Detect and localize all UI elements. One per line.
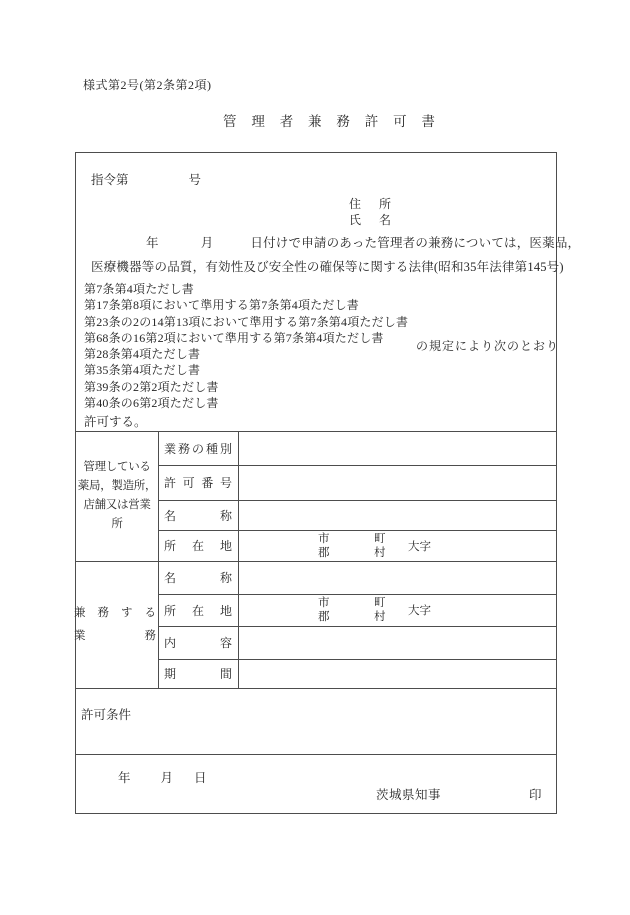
signature-cell: 年月日 茨城県知事 印: [76, 754, 556, 814]
concurrent-location-field: 市 郡 町 村 大字: [238, 594, 557, 626]
address-label: 住所: [349, 197, 391, 212]
town-label: 町: [374, 532, 386, 546]
row-label-concurrent-name: 名称: [158, 561, 238, 594]
row-label-managed-location: 所在地: [158, 530, 238, 561]
row-label-concurrent-location: 所在地: [158, 594, 238, 626]
concurrent-name-field: [238, 561, 557, 594]
managed-group-label: 管理している 薬局，製造所， 店舗又は営業 所: [76, 431, 158, 561]
period-field: [238, 659, 557, 688]
city-label: 市: [318, 596, 330, 610]
provision-item: 第17条第8項において準用する第7条第4項ただし書: [84, 297, 408, 313]
provision-item: 第40条の6第2項ただし書: [84, 395, 408, 411]
permit-number-field: [238, 465, 557, 500]
town-label: 町: [374, 596, 386, 610]
row-label-text: 内容: [164, 634, 232, 651]
row-label-business-type: 業務の種別: [158, 431, 238, 465]
date-year-label: 年: [146, 236, 159, 250]
provision-item: 第23条の2の14第13項において準用する第7条第4項ただし書: [84, 314, 408, 330]
row-label-content: 内容: [158, 626, 238, 659]
concurrent-group-label-line: 業務: [74, 627, 156, 646]
row-label-text: 名称: [164, 569, 232, 586]
intro-text-1: 日付けで申請のあった管理者の兼務については，医薬品，: [250, 236, 580, 250]
conditions-label: 許可条件: [81, 705, 131, 723]
provision-suffix: の規定により次のとおり: [416, 337, 559, 354]
addressee-block: 住所 氏名: [349, 197, 391, 229]
city-label: 市: [318, 532, 330, 546]
permit-statement: 許可する。: [84, 412, 147, 430]
row-label-text: 所在地: [164, 602, 232, 619]
managed-name-field: [238, 500, 557, 530]
managed-location-field: 市 郡 町 村 大字: [238, 530, 557, 561]
managed-group-label-line: 薬局，製造所，: [78, 477, 156, 496]
provision-item: 第7条第4項ただし書: [84, 281, 408, 297]
intro-line-2: 医療機器等の品質，有効性及び安全性の確保等に関する法律(昭和35年法律第145号…: [91, 257, 564, 275]
city-county-marker: 市 郡: [318, 596, 330, 624]
signature-date-line: 年月日: [118, 768, 207, 786]
row-label-text: 期間: [164, 665, 232, 682]
town-village-marker: 町 村: [374, 532, 386, 560]
row-label-managed-name: 名称: [158, 500, 238, 530]
village-label: 村: [374, 610, 386, 624]
date-month-label: 月: [201, 236, 214, 250]
row-label-permit-number: 許可番号: [158, 465, 238, 500]
concurrent-group-label-line: 兼務する: [74, 604, 156, 623]
permit-frame: 指令第号 住所 氏名 年月日付けで申請のあった管理者の兼務については，医薬品， …: [75, 152, 557, 814]
directive-prefix: 指令第: [91, 173, 129, 187]
row-label-text: 業務の種別: [164, 440, 232, 457]
row-label-text: 許可番号: [164, 474, 232, 491]
managed-group-label-line: 店舗又は営業: [83, 496, 150, 515]
managed-group-label-line: 所: [111, 515, 122, 534]
document-title-text: 管理者兼務許可書: [223, 110, 435, 130]
concurrent-group-label: 兼務する 業務: [76, 561, 158, 688]
sig-year-label: 年: [118, 771, 131, 785]
document-title: 管理者兼務許可書: [223, 110, 435, 130]
document-page: 様式第2号(第2条第2項) 管理者兼務許可書 指令第号 住所 氏名 年月日付けで…: [0, 0, 630, 915]
sig-day-label: 日: [194, 771, 207, 785]
row-label-text: 名称: [164, 507, 232, 524]
seal-mark: 印: [529, 785, 542, 803]
provisions-list: 第7条第4項ただし書 第17条第8項において準用する第7条第4項ただし書 第23…: [84, 281, 408, 411]
provision-item: 第39条の2第2項ただし書: [84, 379, 408, 395]
sig-month-label: 月: [161, 771, 174, 785]
name-label: 氏名: [349, 213, 391, 228]
oaza-label: 大字: [408, 538, 431, 554]
directive-suffix: 号: [189, 173, 202, 187]
location-markers: 市 郡 町 村 大字: [238, 594, 557, 626]
managed-group-label-line: 管理している: [83, 458, 150, 477]
city-county-marker: 市 郡: [318, 532, 330, 560]
town-village-marker: 町 村: [374, 596, 386, 624]
row-label-text: 所在地: [164, 537, 232, 554]
provision-item: 第28条第4項ただし書: [84, 346, 408, 362]
conditions-cell: 許可条件: [76, 688, 556, 754]
county-label: 郡: [318, 546, 330, 560]
content-field: [238, 626, 557, 659]
location-markers: 市 郡 町 村 大字: [238, 530, 557, 561]
directive-number-line: 指令第号: [91, 170, 201, 188]
business-type-field: [238, 431, 557, 465]
issuer-name: 茨城県知事: [376, 785, 441, 803]
provision-item: 第35条第4項ただし書: [84, 362, 408, 378]
row-label-period: 期間: [158, 659, 238, 688]
form-number: 様式第2号(第2条第2項): [83, 76, 212, 93]
village-label: 村: [374, 546, 386, 560]
county-label: 郡: [318, 610, 330, 624]
oaza-label: 大字: [408, 602, 431, 618]
provision-item: 第68条の16第2項において準用する第7条第4項ただし書: [84, 330, 408, 346]
intro-line-1: 年月日付けで申請のあった管理者の兼務については，医薬品，: [76, 233, 558, 251]
